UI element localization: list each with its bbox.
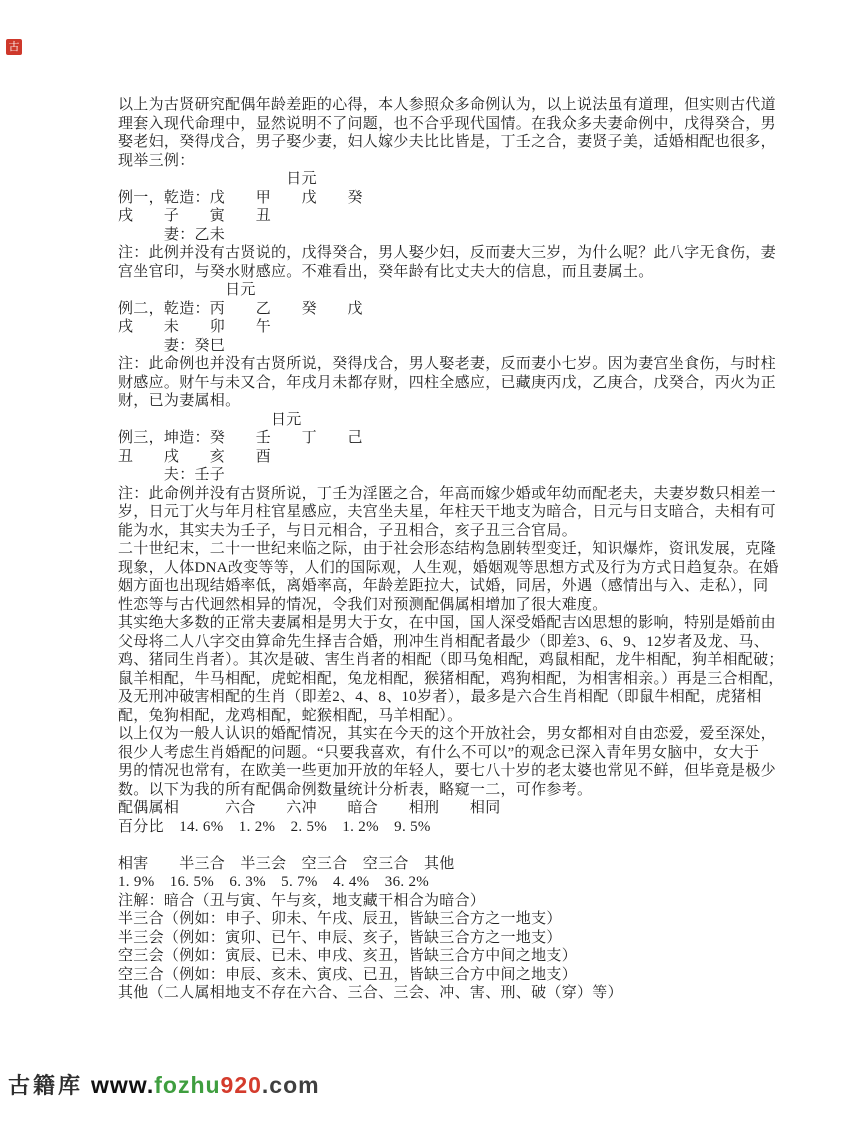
url-tld: .com <box>262 1072 320 1098</box>
text-line: 鼠羊相配，牛马相配，虎蛇相配，兔龙相配，猴猪相配，鸡狗相配，为相害相亲。）再是三… <box>118 670 808 689</box>
url-prefix: www. <box>91 1072 154 1098</box>
guji-logo-badge: 古 <box>6 39 22 55</box>
text-line: 注：此命例也并没有古贤所说，癸得戊合，男人娶老妻，反而妻小七岁。因为妻宫坐食伤，… <box>118 355 808 374</box>
text-line: 丑 戌 亥 酉 <box>118 448 808 467</box>
text-line: 现象，人体DNA改变等等，人们的国际观，人生观，婚姻观等思想方式及行为方式日趋复… <box>118 559 808 578</box>
text-line: 相害 半三合 半三会 空三合 空三合 其他 <box>118 855 808 874</box>
text-line: 百分比 14. 6% 1. 2% 2. 5% 1. 2% 9. 5% <box>118 818 808 837</box>
text-line: 戌 子 寅 丑 <box>118 207 808 226</box>
text-line: 1. 9% 16. 5% 6. 3% 5. 7% 4. 4% 36. 2% <box>118 873 808 892</box>
text-line: 以上仅为一般人认识的婚配情况，其实在今天的这个开放社会，男女都相对自由恋爱，爱至… <box>118 725 808 744</box>
guji-logo-text: 古 <box>9 41 20 53</box>
text-line: 理套入现代命理中，显然说明不了问题，也不合乎现代国情。在我众多夫妻命例中，戊得癸… <box>118 115 808 134</box>
text-line: 父母将二人八字交由算命先生择吉合婚，刑冲生肖相配者最少（即差3、6、9、12岁者… <box>118 633 808 652</box>
text-line: 男的情况也常有，在欧美一些更加开放的年轻人，要七八十岁的老太婆也常见不鲜，但毕竟… <box>118 762 808 781</box>
text-line: 注：此例并没有古贤说的，戊得癸合，男人娶少妇，反而妻大三岁，为什么呢？此八字无食… <box>118 244 808 263</box>
text-line: 二十世纪末，二十一世纪来临之际，由于社会形态结构急剧转型变迁，知识爆炸，资讯发展… <box>118 540 808 559</box>
text-line: 日元 <box>118 411 808 430</box>
text-line: 岁，日元丁火与年月柱官星感应，夫宫坐夫星，年柱天干地支为暗合，日元与日支暗合，夫… <box>118 503 808 522</box>
text-line: 半三会（例如：寅卯、已午、申辰、亥子，皆缺三合方之一地支） <box>118 929 808 948</box>
text-line: 半三合（例如：申子、卯未、午戌、辰丑，皆缺三合方之一地支） <box>118 910 808 929</box>
text-line: 注：此命例并没有古贤所说，丁壬为淫匿之合，年高而嫁少婚或年幼而配老夫，夫妻岁数只… <box>118 485 808 504</box>
site-url: www.fozhu920.com <box>91 1072 320 1099</box>
text-line: 例一，乾造：戊 甲 戊 癸 <box>118 189 808 208</box>
text-line: 及无刑冲破害相配的生肖（即差2、4、8、10岁者），最多是六合生肖相配（即鼠牛相… <box>118 688 808 707</box>
text-line: 注解：暗合（丑与寅、午与亥，地支藏干相合为暗合） <box>118 892 808 911</box>
text-line: 宫坐官印，与癸水财感应。不难看出，癸年龄有比丈夫大的信息，而且妻属土。 <box>118 263 808 282</box>
text-line: 很少人考虑生肖婚配的问题。“只要我喜欢，有什么不可以”的观念已深入青年男女脑中，… <box>118 744 808 763</box>
text-line: 配，兔狗相配，龙鸡相配，蛇猴相配，马羊相配）。 <box>118 707 808 726</box>
text-line: 例三，坤造：癸 壬 丁 己 <box>118 429 808 448</box>
text-line: 数。以下为我的所有配偶命例数量统计分析表，略窥一二，可作参考。 <box>118 781 808 800</box>
text-line: 其他（二人属相地支不存在六合、三合、三会、冲、害、刑、破（穿）等） <box>118 984 808 1003</box>
text-line: 夫：壬子 <box>118 466 808 485</box>
url-domain-green: fozhu <box>154 1072 220 1098</box>
text-line: 财，已为妻属相。 <box>118 392 808 411</box>
text-line: 以上为古贤研究配偶年龄差距的心得，本人参照众多命例认为，以上说法虽有道理，但实则… <box>118 96 808 115</box>
text-line: 姻方面也出现结婚率低，离婚率高，年龄差距拉大，试婚，同居，外遇（感情出与入、走私… <box>118 577 808 596</box>
site-watermark: 古籍库 www.fozhu920.com <box>8 1069 320 1100</box>
text-line: 妻：乙未 <box>118 226 808 245</box>
text-line: 其实绝大多数的正常夫妻属相是男大于女，在中国，国人深受婚配吉凶思想的影响，特别是… <box>118 614 808 633</box>
text-line: 例二，乾造：丙 乙 癸 戊 <box>118 300 808 319</box>
text-line: 空三会（例如：寅辰、已未、申戌、亥丑，皆缺三合方中间之地支） <box>118 947 808 966</box>
text-line <box>118 836 808 855</box>
text-line: 鸡、猪同生肖者）。其次是破、害生肖者的相配（即马兔相配，鸡鼠相配，龙牛相配，狗羊… <box>118 651 808 670</box>
text-line: 现举三例： <box>118 152 808 171</box>
text-line: 戌 未 卯 午 <box>118 318 808 337</box>
text-line: 能为水，其实夫为壬子，与日元相合，子丑相合，亥子丑三合官局。 <box>118 522 808 541</box>
document-body: 以上为古贤研究配偶年龄差距的心得，本人参照众多命例认为，以上说法虽有道理，但实则… <box>118 96 808 1003</box>
text-line: 日元 <box>118 281 808 300</box>
url-domain-red: 920 <box>221 1072 262 1098</box>
text-line: 财感应。财午与未又合，年戌月未都存财，四柱全感应，已藏庚丙戊，乙庚合，戊癸合，丙… <box>118 374 808 393</box>
text-line: 空三合（例如：申辰、亥未、寅戌、已丑，皆缺三合方中间之地支） <box>118 966 808 985</box>
document-page: 古 以上为古贤研究配偶年龄差距的心得，本人参照众多命例认为，以上说法虽有道理，但… <box>0 0 866 1122</box>
text-line: 妻：癸巳 <box>118 337 808 356</box>
text-line: 娶老妇，癸得戊合，男子娶少妻，妇人嫁少夫比比皆是，丁壬之合，妻贤子美，适婚相配也… <box>118 133 808 152</box>
text-line: 日元 <box>118 170 808 189</box>
site-name-label: 古籍库 <box>8 1069 83 1100</box>
text-line: 配偶属相 六合 六冲 暗合 相刑 相同 <box>118 799 808 818</box>
text-line: 性恋等与古代迥然相异的情况，令我们对预测配偶属相增加了很大难度。 <box>118 596 808 615</box>
